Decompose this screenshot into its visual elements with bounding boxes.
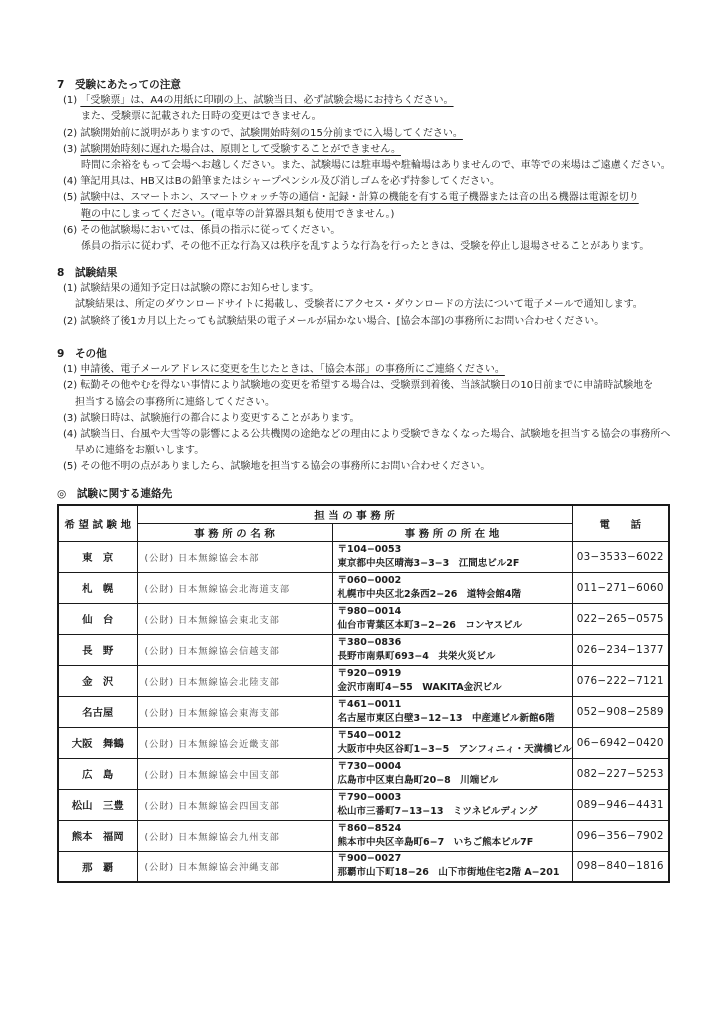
phone-number: 076−222−7121 xyxy=(572,665,669,696)
postal-code: 〒980−0014 xyxy=(338,605,572,619)
office-address: 〒790−0003 松山市三番町7−13−13 ミツネビルディング xyxy=(332,789,572,820)
exam-location: 熊本 福岡 xyxy=(58,820,137,851)
section-exam-precautions: 7 受験にあたっての注意 (1) 「受験票」は、A4の用紙に印刷の上、試験当日、… xyxy=(57,77,677,255)
text-line: (2) 試験終了後1カ月以上たっても試験結果の電子メールが届かない場合、[協会本… xyxy=(57,314,677,330)
street-address: 札幌市中央区北2条西2−26 道特会館4階 xyxy=(338,588,572,602)
col-header-office-address: 事 務 所 の 所 在 地 xyxy=(332,523,572,541)
list-marker: (1) xyxy=(63,95,80,106)
postal-code: 〒920−0919 xyxy=(338,667,572,681)
text-line: (1) 申請後、電子メールアドレスに変更を生じたときは、「協会本部」の事務所にご… xyxy=(57,362,677,378)
office-address: 〒860−8524 熊本市中央区辛島町6−7 いちご熊本ビル7F xyxy=(332,820,572,851)
exam-location: 広 島 xyxy=(58,758,137,789)
contact-table: 希 望 試 験 地 担 当 の 事 務 所 電 話 事 務 所 の 名 称 事 … xyxy=(57,504,670,883)
street-address: 長野市南県町693−4 共栄火災ビル xyxy=(338,650,572,664)
office-name: (公財) 日本無線協会東海支部 xyxy=(137,696,332,727)
exam-location: 名古屋 xyxy=(58,696,137,727)
postal-code: 〒540−0012 xyxy=(338,729,572,743)
postal-code: 〒790−0003 xyxy=(338,791,572,805)
office-address: 〒980−0014 仙台市青葉区本町3−2−26 コンヤスビル xyxy=(332,603,572,634)
list-marker: (5) xyxy=(63,192,80,203)
phone-number: 082−227−5253 xyxy=(572,758,669,789)
underlined-text: 試験中は、スマートホン、スマートウォッチ等の通信・記録・計算の機能を有する電子機… xyxy=(80,192,638,203)
col-header-office-name: 事 務 所 の 名 称 xyxy=(137,523,332,541)
postal-code: 〒380−0836 xyxy=(338,636,572,650)
underlined-text: 試験開始時刻に遅れた場合は、原則として受験することができません。 xyxy=(80,144,401,155)
postal-code: 〒900−0027 xyxy=(338,852,572,866)
street-address: 大阪市中央区谷町1−3−5 アンフィニィ・天満橋ビル xyxy=(338,743,572,757)
office-name: (公財) 日本無線協会沖縄支部 xyxy=(137,851,332,882)
phone-number: 089−946−4431 xyxy=(572,789,669,820)
postal-code: 〒060−0002 xyxy=(338,574,572,588)
exam-location: 東 京 xyxy=(58,541,137,572)
office-address: 〒920−0919 金沢市南町4−55 WAKITA金沢ビル xyxy=(332,665,572,696)
underlined-text: 「受験票」は、A4の用紙に印刷の上、試験当日、必ず試験会場にお持ちください。 xyxy=(80,95,453,106)
text-line: (3) 試験開始時刻に遅れた場合は、原則として受験することができません。 xyxy=(57,142,677,158)
text-line: また、受験票に記載された日時の変更はできません。 xyxy=(57,109,677,125)
office-address: 〒461−0011 名古屋市東区白壁3−12−13 中産連ビル新館6階 xyxy=(332,696,572,727)
street-address: 熊本市中央区辛島町6−7 いちご熊本ビル7F xyxy=(338,836,572,850)
col-header-location: 希 望 試 験 地 xyxy=(58,505,137,541)
office-name: (公財) 日本無線協会四国支部 xyxy=(137,789,332,820)
contact-section-title: ◎ 試験に関する連絡先 xyxy=(57,486,172,501)
underlined-text: 鞄の中にしまってください。 xyxy=(81,209,211,220)
street-address: 那覇市山下町18−26 山下市街地住宅2階 A−201 xyxy=(338,866,572,880)
table-row: 広 島 (公財) 日本無線協会中国支部 〒730−0004 広島市中区東白島町2… xyxy=(58,758,669,789)
text-line: (5) その他不明の点がありましたら、試験地を担当する協会の事務所にお問い合わせ… xyxy=(57,459,677,475)
text-line: (5) 試験中は、スマートホン、スマートウォッチ等の通信・記録・計算の機能を有す… xyxy=(57,190,677,206)
text-line: 係員の指示に従わず、その他不正な行為又は秩序を乱すような行為を行ったときは、受験… xyxy=(57,239,677,255)
section-other-notes: 9 その他 (1) 申請後、電子メールアドレスに変更を生じたときは、「協会本部」… xyxy=(57,346,677,476)
street-address: 松山市三番町7−13−13 ミツネビルディング xyxy=(338,805,572,819)
text-line: (4) 筆記用具は、HB又はBの鉛筆またはシャープペンシル及び消しゴムを必ず持参… xyxy=(57,174,677,190)
table-row: 長 野 (公財) 日本無線協会信越支部 〒380−0836 長野市南県町693−… xyxy=(58,634,669,665)
col-header-phone: 電 話 xyxy=(572,505,669,541)
exam-location: 長 野 xyxy=(58,634,137,665)
phone-number: 022−265−0575 xyxy=(572,603,669,634)
postal-code: 〒461−0011 xyxy=(338,698,572,712)
postal-code: 〒730−0004 xyxy=(338,760,572,774)
phone-number: 026−234−1377 xyxy=(572,634,669,665)
office-name: (公財) 日本無線協会東北支部 xyxy=(137,603,332,634)
phone-number: 03−3533−6022 xyxy=(572,541,669,572)
table-row: 金 沢 (公財) 日本無線協会北陸支部 〒920−0919 金沢市南町4−55 … xyxy=(58,665,669,696)
text-line: 時間に余裕をもって会場へお越しください。また、試験場には駐車場や駐輪場はありませ… xyxy=(57,158,677,174)
table-row: 仙 台 (公財) 日本無線協会東北支部 〒980−0014 仙台市青葉区本町3−… xyxy=(58,603,669,634)
postal-code: 〒860−8524 xyxy=(338,822,572,836)
office-name: (公財) 日本無線協会信越支部 xyxy=(137,634,332,665)
plain-text: (電卓等の計算器具類も使用できません。) xyxy=(211,209,394,220)
section-exam-results: 8 試験結果 (1) 試験結果の通知予定日は試験の際にお知らせします。 試験結果… xyxy=(57,265,677,330)
plain-text: (2) 試験開始前に説明がありますので、 xyxy=(63,128,240,139)
phone-number: 096−356−7902 xyxy=(572,820,669,851)
office-address: 〒380−0836 長野市南県町693−4 共栄火災ビル xyxy=(332,634,572,665)
table-row: 名古屋 (公財) 日本無線協会東海支部 〒461−0011 名古屋市東区白壁3−… xyxy=(58,696,669,727)
street-address: 仙台市青葉区本町3−2−26 コンヤスビル xyxy=(338,619,572,633)
phone-number: 011−271−6060 xyxy=(572,572,669,603)
table-row: 松山 三豊 (公財) 日本無線協会四国支部 〒790−0003 松山市三番町7−… xyxy=(58,789,669,820)
list-marker: (1) xyxy=(63,364,80,375)
text-line: (2) 転勤その他やむを得ない事情により試験地の変更を希望する場合は、受験票到着… xyxy=(57,378,677,394)
table-row: 東 京 (公財) 日本無線協会本部 〒104−0053 東京都中央区晴海3−3−… xyxy=(58,541,669,572)
text-line: (1) 試験結果の通知予定日は試験の際にお知らせします。 xyxy=(57,281,677,297)
section-heading: 8 試験結果 xyxy=(57,265,677,281)
street-address: 名古屋市東区白壁3−12−13 中産連ビル新館6階 xyxy=(338,712,572,726)
office-name: (公財) 日本無線協会近畿支部 xyxy=(137,727,332,758)
phone-number: 06−6942−0420 xyxy=(572,727,669,758)
text-line: (6) その他試験場においては、係員の指示に従ってください。 xyxy=(57,223,677,239)
text-line: 早めに連絡をお願いします。 xyxy=(57,443,677,459)
table-row: 大阪 舞鶴 (公財) 日本無線協会近畿支部 〒540−0012 大阪市中央区谷町… xyxy=(58,727,669,758)
table-header-row: 希 望 試 験 地 担 当 の 事 務 所 電 話 xyxy=(58,505,669,523)
office-name: (公財) 日本無線協会北陸支部 xyxy=(137,665,332,696)
exam-location: 仙 台 xyxy=(58,603,137,634)
phone-number: 098−840−1816 xyxy=(572,851,669,882)
table-row: 那 覇 (公財) 日本無線協会沖縄支部 〒900−0027 那覇市山下町18−2… xyxy=(58,851,669,882)
office-address: 〒104−0053 東京都中央区晴海3−3−3 江間忠ビル2F xyxy=(332,541,572,572)
text-line: (2) 試験開始前に説明がありますので、試験開始時刻の15分前までに入場してくだ… xyxy=(57,126,677,142)
section-heading: 9 その他 xyxy=(57,346,677,362)
street-address: 広島市中区東白島町20−8 川端ビル xyxy=(338,774,572,788)
phone-number: 052−908−2589 xyxy=(572,696,669,727)
document-page: 7 受験にあたっての注意 (1) 「受験票」は、A4の用紙に印刷の上、試験当日、… xyxy=(0,0,724,1024)
table-row: 札 幌 (公財) 日本無線協会北海道支部 〒060−0002 札幌市中央区北2条… xyxy=(58,572,669,603)
exam-location: 札 幌 xyxy=(58,572,137,603)
list-marker: (3) xyxy=(63,144,80,155)
office-address: 〒900−0027 那覇市山下町18−26 山下市街地住宅2階 A−201 xyxy=(332,851,572,882)
underlined-text: 申請後、電子メールアドレスに変更を生じたときは、「協会本部」の事務所にご連絡くだ… xyxy=(80,364,505,375)
section-heading: 7 受験にあたっての注意 xyxy=(57,77,677,93)
office-address: 〒540−0012 大阪市中央区谷町1−3−5 アンフィニィ・天満橋ビル xyxy=(332,727,572,758)
office-address: 〒730−0004 広島市中区東白島町20−8 川端ビル xyxy=(332,758,572,789)
street-address: 金沢市南町4−55 WAKITA金沢ビル xyxy=(338,681,572,695)
office-address: 〒060−0002 札幌市中央区北2条西2−26 道特会館4階 xyxy=(332,572,572,603)
text-line: (3) 試験日時は、試験施行の都合により変更することがあります。 xyxy=(57,411,677,427)
office-name: (公財) 日本無線協会中国支部 xyxy=(137,758,332,789)
office-name: (公財) 日本無線協会北海道支部 xyxy=(137,572,332,603)
street-address: 東京都中央区晴海3−3−3 江間忠ビル2F xyxy=(338,557,572,571)
exam-location: 金 沢 xyxy=(58,665,137,696)
office-name: (公財) 日本無線協会本部 xyxy=(137,541,332,572)
text-line: 担当する協会の事務所に連絡してください。 xyxy=(57,395,677,411)
col-header-office-group: 担 当 の 事 務 所 xyxy=(137,505,572,523)
text-line: 試験結果は、所定のダウンロードサイトに掲載し、受験者にアクセス・ダウンロードの方… xyxy=(57,297,677,313)
underlined-text: 試験開始時刻の15分前までに入場してください。 xyxy=(240,128,463,139)
exam-location: 松山 三豊 xyxy=(58,789,137,820)
exam-location: 大阪 舞鶴 xyxy=(58,727,137,758)
text-line: 鞄の中にしまってください。(電卓等の計算器具類も使用できません。) xyxy=(57,207,677,223)
table-row: 熊本 福岡 (公財) 日本無線協会九州支部 〒860−8524 熊本市中央区辛島… xyxy=(58,820,669,851)
text-line: (4) 試験当日、台風や大雪等の影響による公共機関の途絶などの理由により受験でき… xyxy=(57,427,677,443)
text-line: (1) 「受験票」は、A4の用紙に印刷の上、試験当日、必ず試験会場にお持ちくださ… xyxy=(57,93,677,109)
postal-code: 〒104−0053 xyxy=(338,543,572,557)
office-name: (公財) 日本無線協会九州支部 xyxy=(137,820,332,851)
exam-location: 那 覇 xyxy=(58,851,137,882)
